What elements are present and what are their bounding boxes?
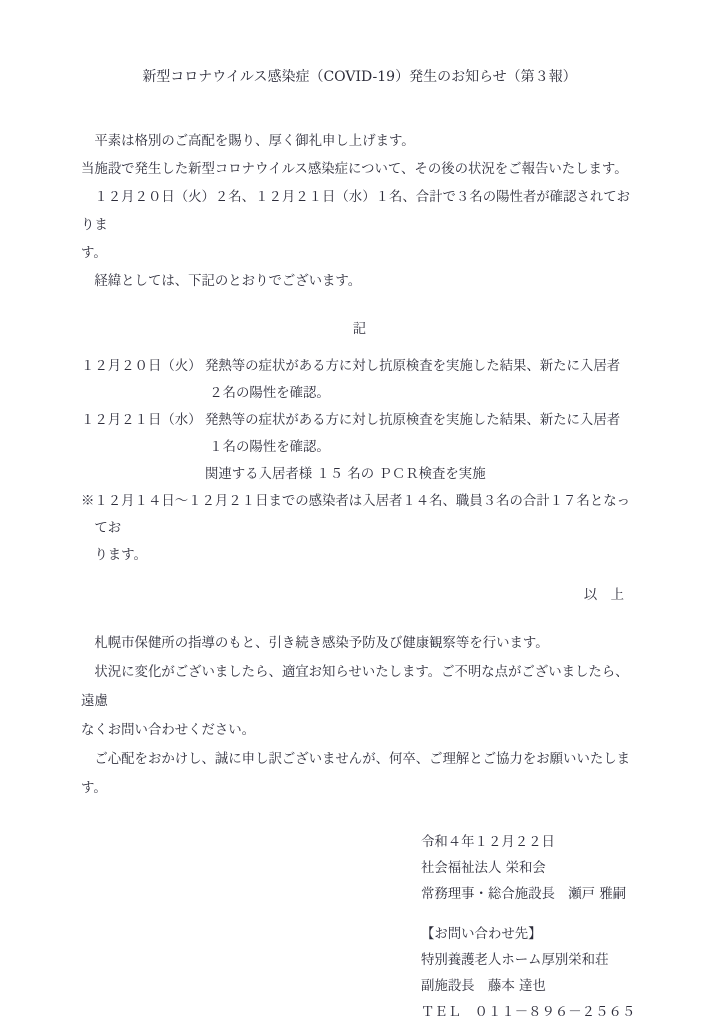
apology-paragraph: ご心配をおかけし、誠に申し訳ございませんが、何卒、ご理解とご協力をお願いいたしま… [81,745,638,803]
contact-facility: 特別養護老人ホーム厚別栄和荘 [421,948,638,974]
updates-paragraph: 状況に変化がございましたら、適宜お知らせいたします。ご不明な点がございましたら、… [81,658,638,745]
closing-paragraphs: 札幌市保健所の指導のもと、引き続き感染予防及び健康観察等を行います。 状況に変化… [81,629,638,803]
details-intro-paragraph: 経緯としては、下記のとおりでございます。 [81,268,638,296]
document-page: 新型コロナウイルス感染症（COVID-19）発生のお知らせ（第３報） 平素は格別… [0,0,723,1024]
report-intro-paragraph: 当施設で発生した新型コロナウイルス感染症について、その後の状況をご報告いたします… [81,156,638,184]
timeline-description: 発熱等の症状がある方に対し抗原検査を実施した結果、新たに入居者 １名の陽性を確認… [205,407,620,488]
signature-signer: 常務理事・総合施設長 瀬戸 雅嗣 [421,882,638,908]
timeline-description: 発熱等の症状がある方に対し抗原検査を実施した結果、新たに入居者 ２名の陽性を確認… [205,353,620,407]
signature-block: 令和４年１２月２２日 社会福祉法人 栄和会 常務理事・総合施設長 瀬戸 雅嗣 [421,830,638,908]
timeline-entry-dec20: １２月２０日（火） 発熱等の症状がある方に対し抗原検査を実施した結果、新たに入居… [81,353,638,407]
closing-mark: 以 上 [81,582,638,610]
prevention-paragraph: 札幌市保健所の指導のもと、引き続き感染予防及び健康観察等を行います。 [81,629,638,658]
signature-date: 令和４年１２月２２日 [421,830,638,856]
total-cases-note: ※１２月１４日～１２月２１日までの感染者は入居者１４名、職員３名の合計１７名とな… [81,488,638,569]
greeting-paragraph: 平素は格別のご高配を賜り、厚く御礼申し上げます。 [81,128,638,156]
record-heading: 記 [81,316,638,344]
timeline-entry-dec21: １２月２１日（水） 発熱等の症状がある方に対し抗原検査を実施した結果、新たに入居… [81,407,638,488]
contact-block: 【お問い合わせ先】 特別養護老人ホーム厚別栄和荘 副施設長 藤本 達也 ＴＥＬ … [421,922,638,1024]
signature-organization: 社会福祉法人 栄和会 [421,856,638,882]
contact-tel: ＴＥＬ ０１１－８９６－２５６５ [421,1000,638,1024]
contact-person: 副施設長 藤本 達也 [421,974,638,1000]
document-title: 新型コロナウイルス感染症（COVID-19）発生のお知らせ（第３報） [81,66,638,88]
timeline-date: １２月２０日（火） [81,353,205,380]
timeline-list: １２月２０日（火） 発熱等の症状がある方に対し抗原検査を実施した結果、新たに入居… [81,353,638,488]
case-summary-paragraph: １２月２０日（火）２名、１２月２１日（水）１名、合計で３名の陽性者が確認されてお… [81,184,638,268]
timeline-date: １２月２１日（水） [81,407,205,434]
contact-heading: 【お問い合わせ先】 [421,922,638,948]
